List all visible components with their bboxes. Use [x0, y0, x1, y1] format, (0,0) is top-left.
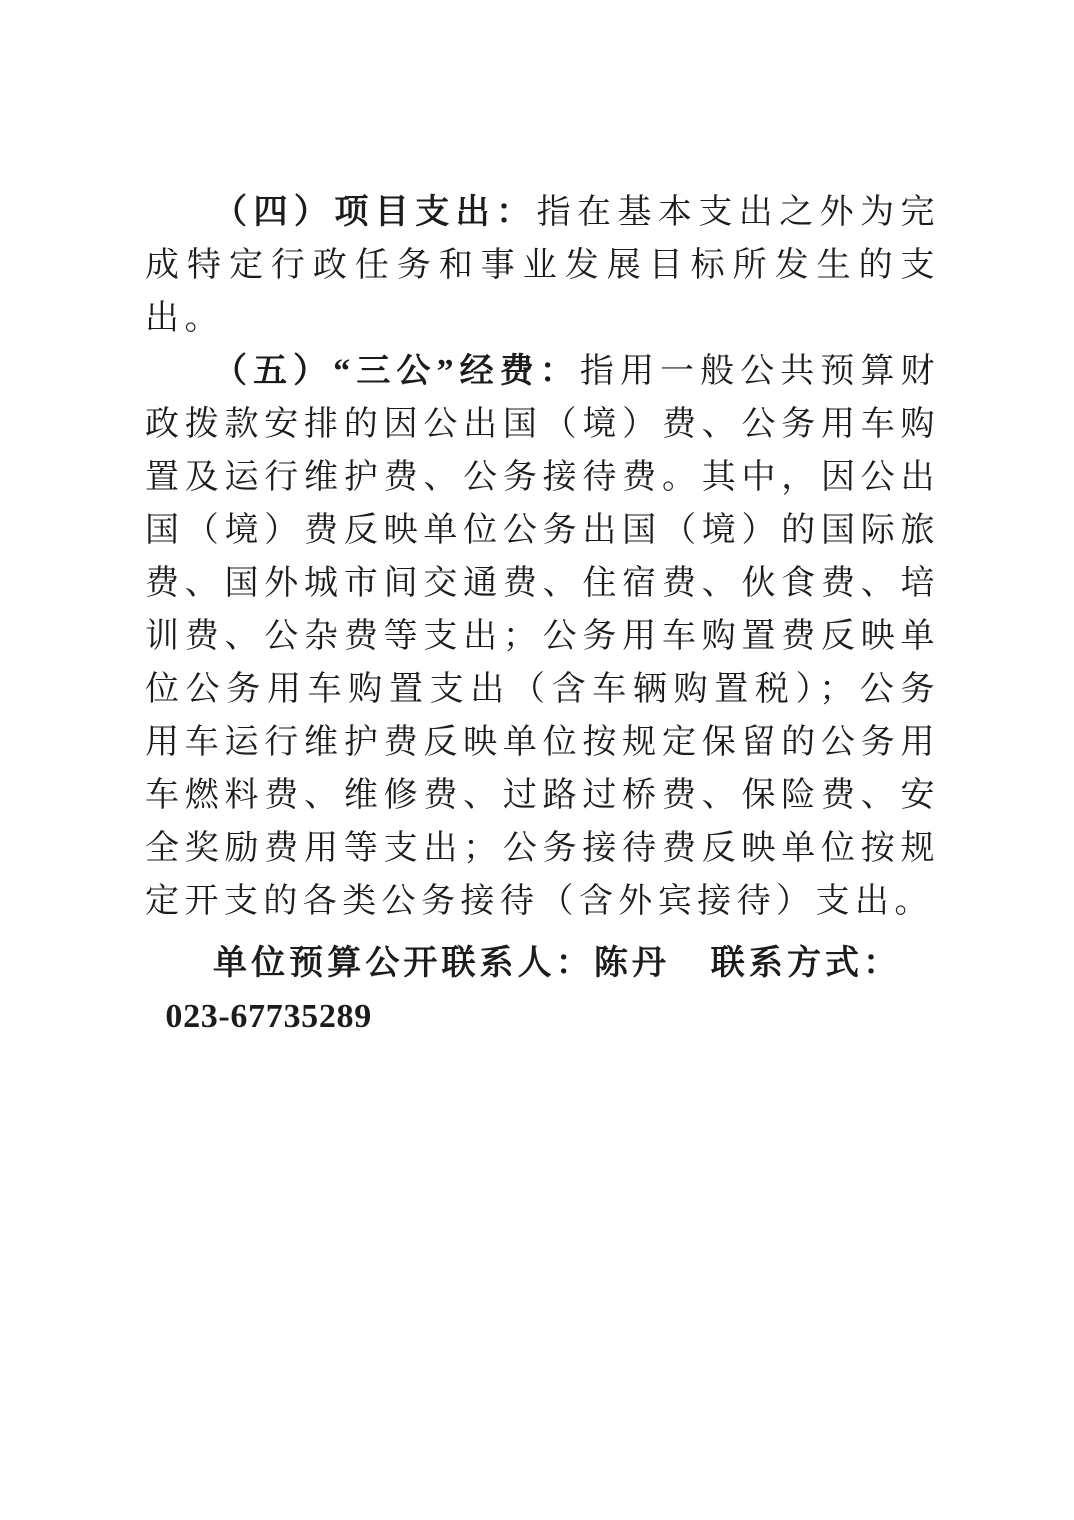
document-page: （四）项目支出：指在基本支出之外为完成特定行政任务和事业发展目标所发生的支出。 …: [0, 0, 1074, 1520]
contact-person-name: 陈丹: [594, 945, 670, 982]
contact-person-label: 单位预算公开联系人：: [213, 945, 594, 982]
paragraph-three-public-expenses-body: 指用一般公共预算财政拨款安排的因公出国（境）费、公务用车购置及运行维护费、公务接…: [145, 353, 940, 920]
contact-line: 单位预算公开联系人：陈丹联系方式：023-67735289: [145, 937, 940, 1043]
document-content: （四）项目支出：指在基本支出之外为完成特定行政任务和事业发展目标所发生的支出。 …: [145, 186, 940, 1043]
paragraph-three-public-expenses: （五）“三公”经费：指用一般公共预算财政拨款安排的因公出国（境）费、公务用车购置…: [145, 345, 940, 928]
paragraph-project-expenditure: （四）项目支出：指在基本支出之外为完成特定行政任务和事业发展目标所发生的支出。: [145, 186, 940, 345]
contact-phone-label: 联系方式：: [711, 945, 901, 982]
paragraph-three-public-expenses-lead: （五）“三公”经费：: [213, 353, 580, 390]
paragraph-project-expenditure-lead: （四）项目支出：: [213, 194, 537, 231]
contact-phone-number: 023-67735289: [165, 998, 371, 1035]
